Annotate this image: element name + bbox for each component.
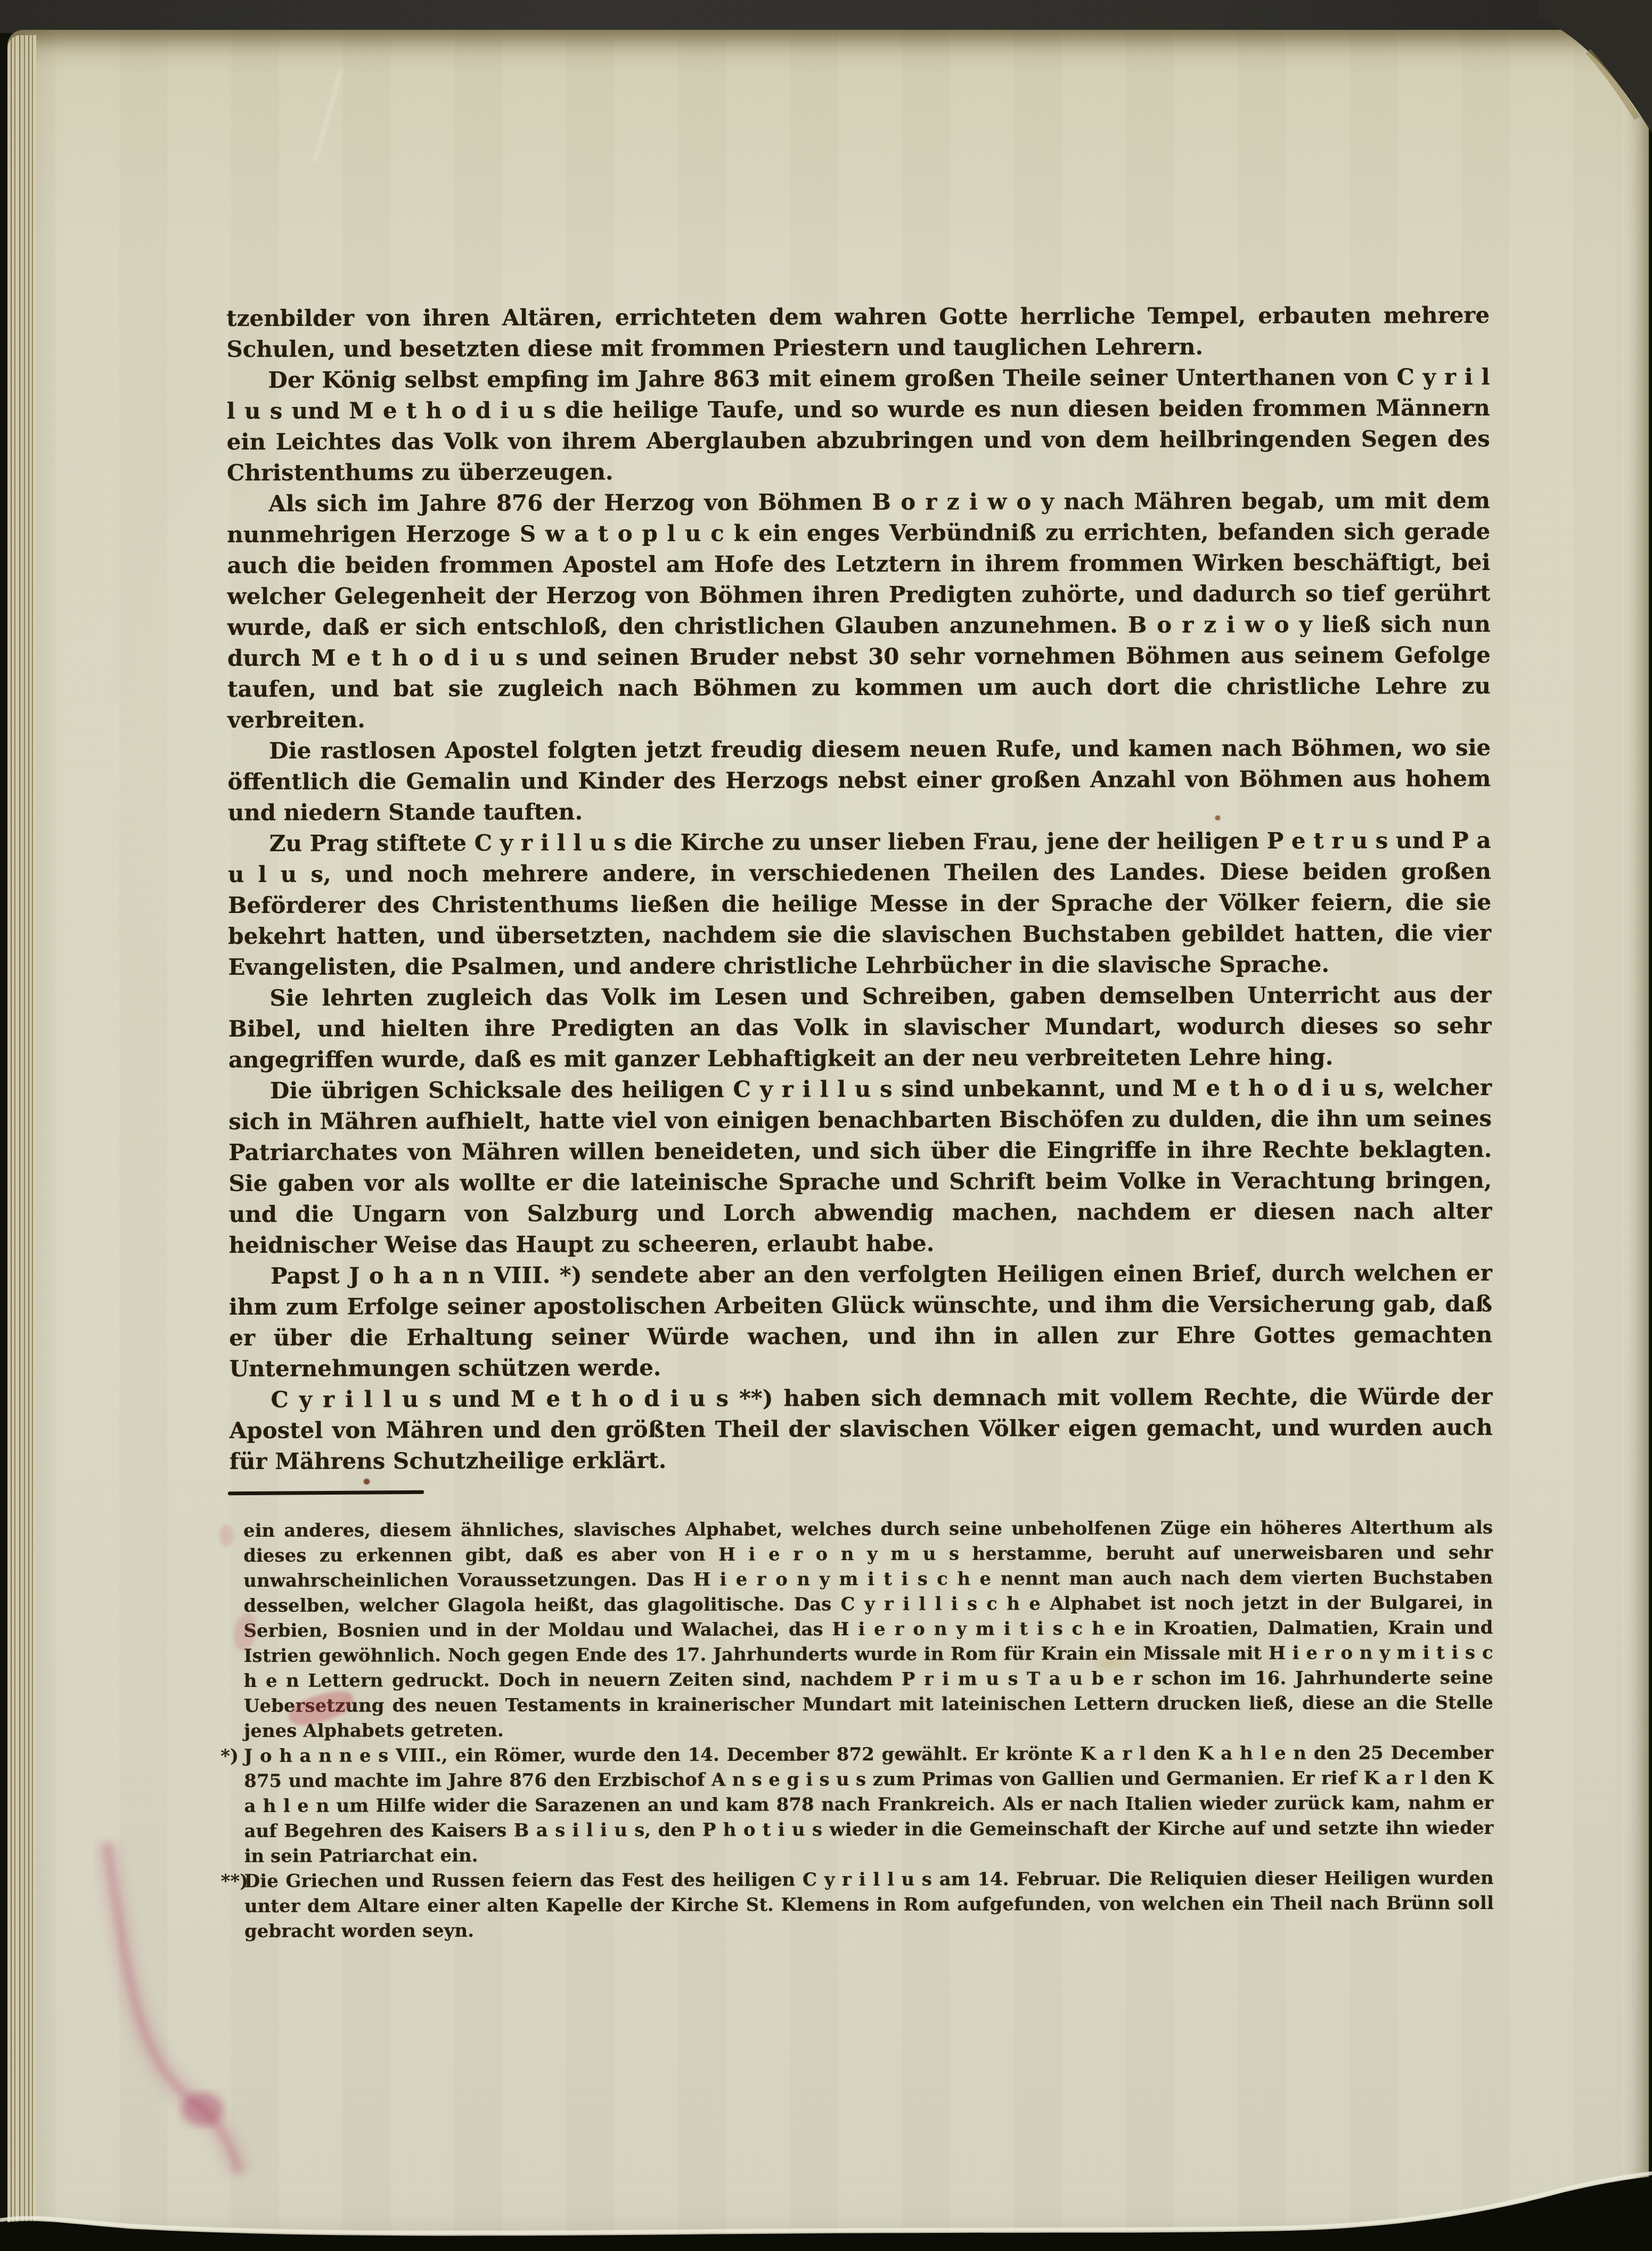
main-text-block: tzenbilder von ihren Altären, errichtete… [226,300,1493,1477]
cover-corner-top-right [1524,0,1652,133]
body-paragraph: C y r i l l u s und M e t h o d i u s **… [229,1381,1492,1477]
body-paragraph: Der König selbst empfing im Jahre 863 mi… [226,362,1490,488]
footnotes-block: ein anderes, diesem ähnliches, slavische… [219,1515,1494,1944]
scanned-book-page: { "page": { "language_note": "", "paragr… [0,0,1652,2251]
body-paragraph: Papst J o h a n n VIII. *) sendete aber … [229,1258,1493,1384]
footnote-continuation: ein anderes, diesem ähnliches, slavische… [219,1515,1493,1744]
footnote-marker: *) [220,1744,239,1769]
paper-crease [314,69,342,161]
footnote-text: ein anderes, diesem ähnliches, slavische… [243,1517,1493,1742]
stacked-page-edges [7,35,36,2233]
footnote-asterisk: *) J o h a n n e s VIII., ein Römer, wur… [219,1741,1494,1869]
ink-speck [363,1478,371,1485]
footnote-double-asterisk: **) Die Griechen und Russen feiern das F… [220,1866,1494,1944]
red-pencil-mark [219,1524,233,1547]
body-paragraph: Die übrigen Schicksale des heiligen C y … [228,1072,1492,1261]
bottom-deckle-edge [0,2160,1652,2251]
body-paragraph: tzenbilder von ihren Altären, errichtete… [226,300,1490,365]
footnote-text: J o h a n n e s VIII., ein Römer, wurde … [244,1742,1493,1867]
body-paragraph: Sie lehrten zugleich das Volk im Lesen u… [228,980,1491,1075]
body-paragraph: Als sich im Jahre 876 der Herzog von Böh… [227,485,1491,736]
body-paragraph: Die rastlosen Apostel folgten jetzt freu… [227,732,1491,828]
book-cover-top-edge [0,0,1652,33]
footnote-text: Die Griechen und Russen feiern das Fest … [244,1867,1494,1942]
body-paragraph: Zu Prag stiftete C y r i l l u s die Kir… [228,825,1492,983]
smudge-blob [181,2092,224,2126]
deckle-shadow-fill [0,2176,1652,2251]
